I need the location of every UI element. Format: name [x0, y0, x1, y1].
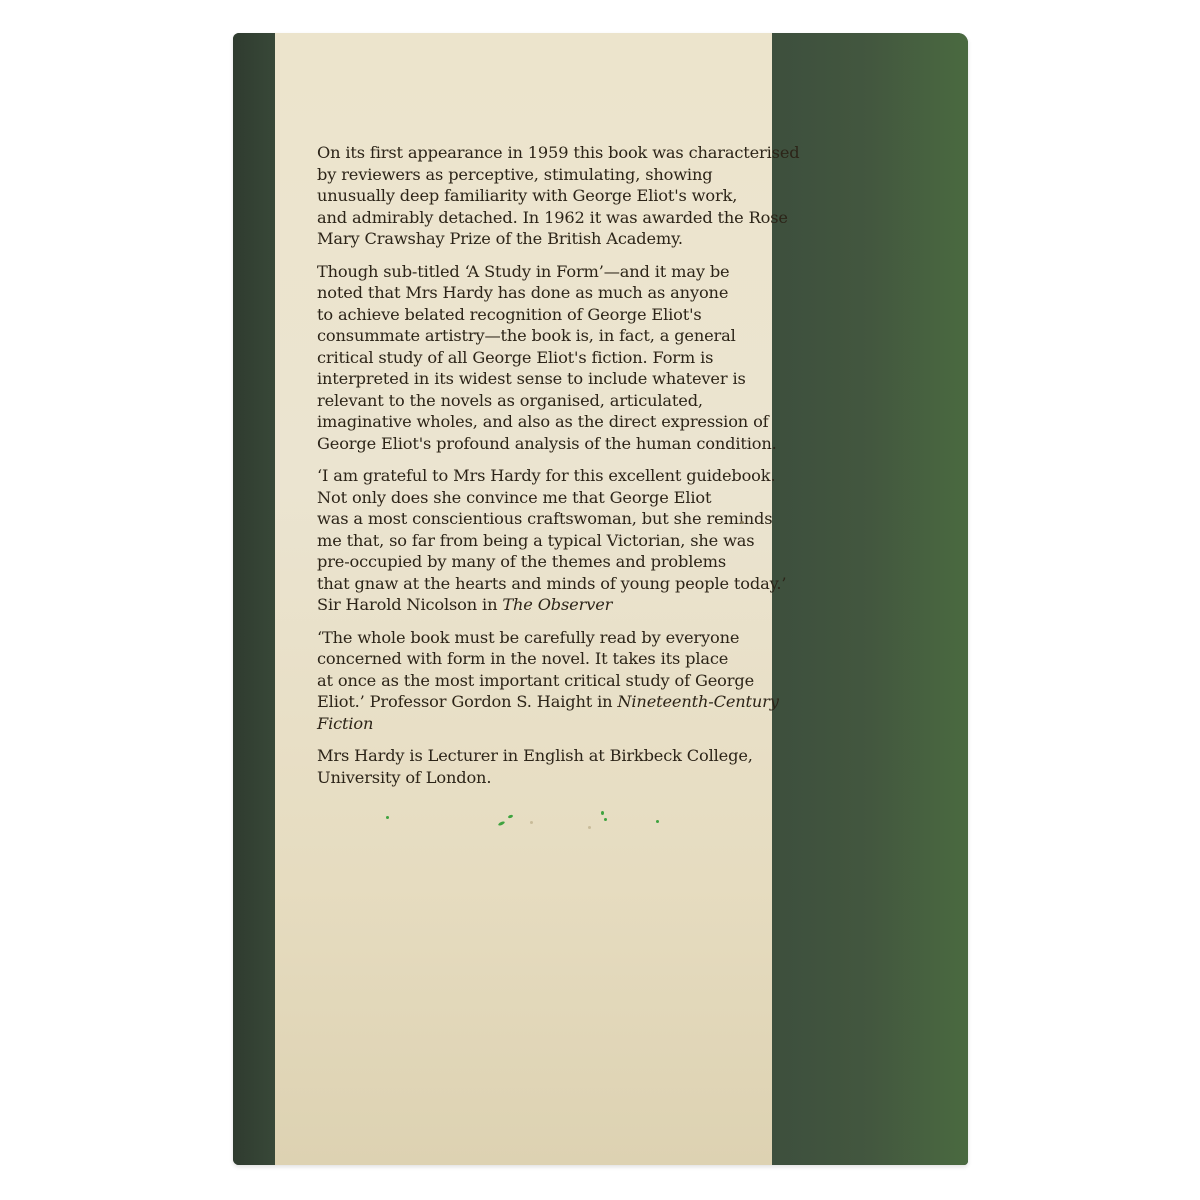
paper-speck [588, 826, 591, 829]
text-line: Though sub-titled ‘A Study in Form’—and … [317, 261, 787, 283]
author-bio: Mrs Hardy is Lecturer in English at Birk… [317, 745, 787, 788]
text-line: at once as the most important critical s… [317, 670, 787, 692]
review-quote-haight: ‘The whole book must be carefully read b… [317, 627, 787, 735]
cover-left-strip [233, 33, 275, 1165]
paper-speck [530, 821, 533, 824]
paper-speck [656, 820, 659, 823]
paper-speck [601, 811, 604, 815]
paper-speck [740, 521, 744, 524]
text-line: to achieve belated recognition of George… [317, 304, 787, 326]
text-line: imaginative wholes, and also as the dire… [317, 411, 787, 433]
text-line: unusually deep familiarity with George E… [317, 185, 787, 207]
attribution-name: Sir Harold Nicolson in [317, 595, 502, 614]
text-line: ‘The whole book must be carefully read b… [317, 627, 787, 649]
text-line: noted that Mrs Hardy has done as much as… [317, 282, 787, 304]
text-line: George Eliot's profound analysis of the … [317, 433, 787, 455]
text-line: interpreted in its widest sense to inclu… [317, 368, 787, 390]
paragraph-description: Though sub-titled ‘A Study in Form’—and … [317, 261, 787, 455]
blurb-text: On its first appearance in 1959 this boo… [317, 142, 787, 799]
text-line: that gnaw at the hearts and minds of you… [317, 573, 787, 595]
text-line: consummate artistry—the book is, in fact… [317, 325, 787, 347]
attribution-source-continued: Fiction [317, 713, 787, 735]
text-line: relevant to the novels as organised, art… [317, 390, 787, 412]
cover-right-band [772, 33, 968, 1165]
attribution-name: Eliot.’ Professor Gordon S. Haight in [317, 692, 617, 711]
paragraph-publication-history: On its first appearance in 1959 this boo… [317, 142, 787, 250]
text-line: pre-occupied by many of the themes and p… [317, 551, 787, 573]
text-line: me that, so far from being a typical Vic… [317, 530, 787, 552]
text-line: Mary Crawshay Prize of the British Acade… [317, 228, 787, 250]
quote-attribution: Sir Harold Nicolson in The Observer [317, 594, 787, 616]
quote-attribution: Eliot.’ Professor Gordon S. Haight in Ni… [317, 691, 787, 713]
text-line: Mrs Hardy is Lecturer in English at Birk… [317, 745, 787, 767]
text-line: by reviewers as perceptive, stimulating,… [317, 164, 787, 186]
text-line: ‘I am grateful to Mrs Hardy for this exc… [317, 465, 787, 487]
text-line: was a most conscientious craftswoman, bu… [317, 508, 787, 530]
paper-speck [386, 816, 389, 819]
paper-speck [604, 818, 607, 821]
text-line: critical study of all George Eliot's fic… [317, 347, 787, 369]
text-line: Not only does she convince me that Georg… [317, 487, 787, 509]
attribution-source: Nineteenth-Century [617, 692, 778, 711]
review-quote-nicolson: ‘I am grateful to Mrs Hardy for this exc… [317, 465, 787, 616]
text-line: On its first appearance in 1959 this boo… [317, 142, 787, 164]
attribution-source: The Observer [502, 595, 612, 614]
text-line: and admirably detached. In 1962 it was a… [317, 207, 787, 229]
text-line: University of London. [317, 767, 787, 789]
text-line: concerned with form in the novel. It tak… [317, 648, 787, 670]
